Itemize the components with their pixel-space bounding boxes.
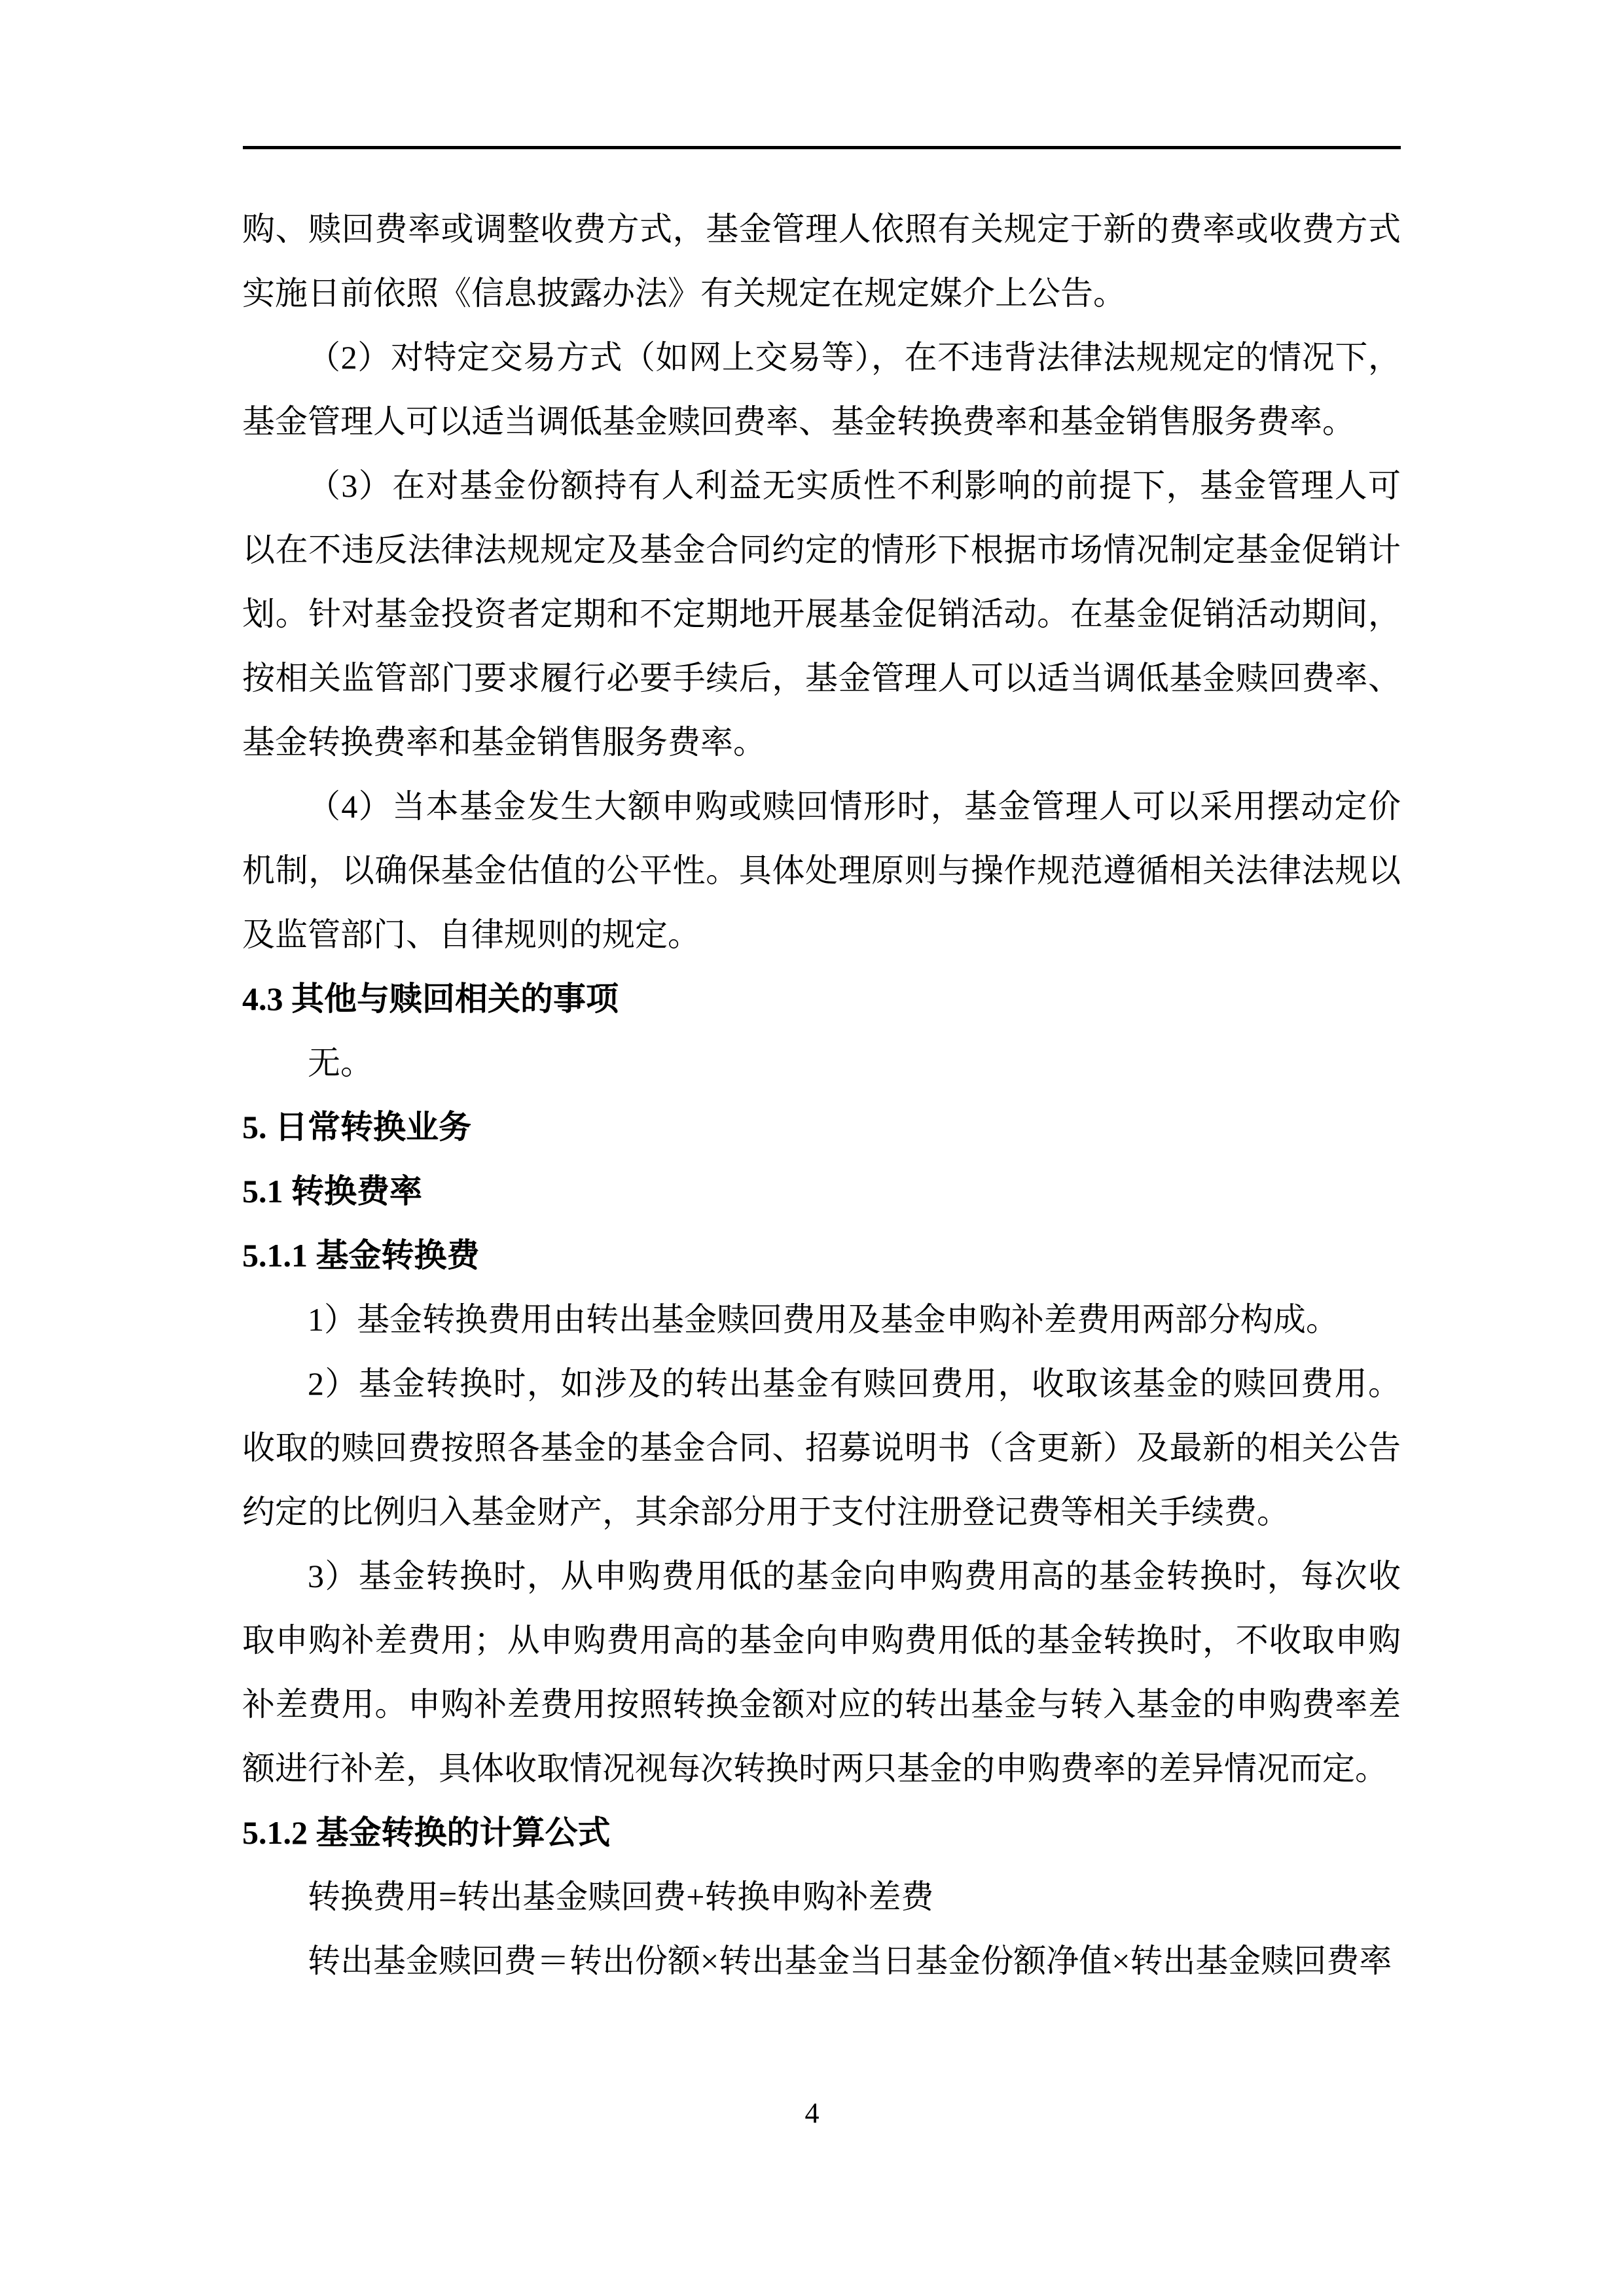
paragraph: 2）基金转换时，如涉及的转出基金有赎回费用，收取该基金的赎回费用。收取的赎回费按…	[242, 1352, 1401, 1544]
paragraph: 无。	[242, 1031, 1401, 1095]
document-body: 购、赎回费率或调整收费方式，基金管理人依照有关规定于新的费率或收费方式实施日前依…	[242, 197, 1401, 1993]
paragraph: 转出基金赎回费＝转出份额×转出基金当日基金份额净值×转出基金赎回费率	[242, 1929, 1401, 1993]
paragraph: （4）当本基金发生大额申购或赎回情形时，基金管理人可以采用摆动定价机制，以确保基…	[242, 774, 1401, 967]
paragraph: 购、赎回费率或调整收费方式，基金管理人依照有关规定于新的费率或收费方式实施日前依…	[242, 197, 1401, 325]
section-heading: 5. 日常转换业务	[242, 1095, 1401, 1159]
paragraph: 3）基金转换时，从申购费用低的基金向申购费用高的基金转换时，每次收取申购补差费用…	[242, 1544, 1401, 1801]
section-heading: 5.1.2 基金转换的计算公式	[242, 1801, 1401, 1865]
header-rule	[243, 146, 1401, 149]
section-heading: 5.1.1 基金转换费	[242, 1223, 1401, 1287]
page: 购、赎回费率或调整收费方式，基金管理人依照有关规定于新的费率或收费方式实施日前依…	[0, 0, 1624, 2296]
paragraph: 转换费用=转出基金赎回费+转换申购补差费	[242, 1865, 1401, 1929]
paragraph: 1）基金转换费用由转出基金赎回费用及基金申购补差费用两部分构成。	[242, 1287, 1401, 1352]
paragraph: （3）在对基金份额持有人利益无实质性不利影响的前提下，基金管理人可以在不违反法律…	[242, 454, 1401, 774]
section-heading: 5.1 转换费率	[242, 1159, 1401, 1223]
page-number: 4	[0, 2096, 1624, 2130]
paragraph: （2）对特定交易方式（如网上交易等），在不违背法律法规规定的情况下，基金管理人可…	[242, 325, 1401, 454]
section-heading: 4.3 其他与赎回相关的事项	[242, 967, 1401, 1031]
